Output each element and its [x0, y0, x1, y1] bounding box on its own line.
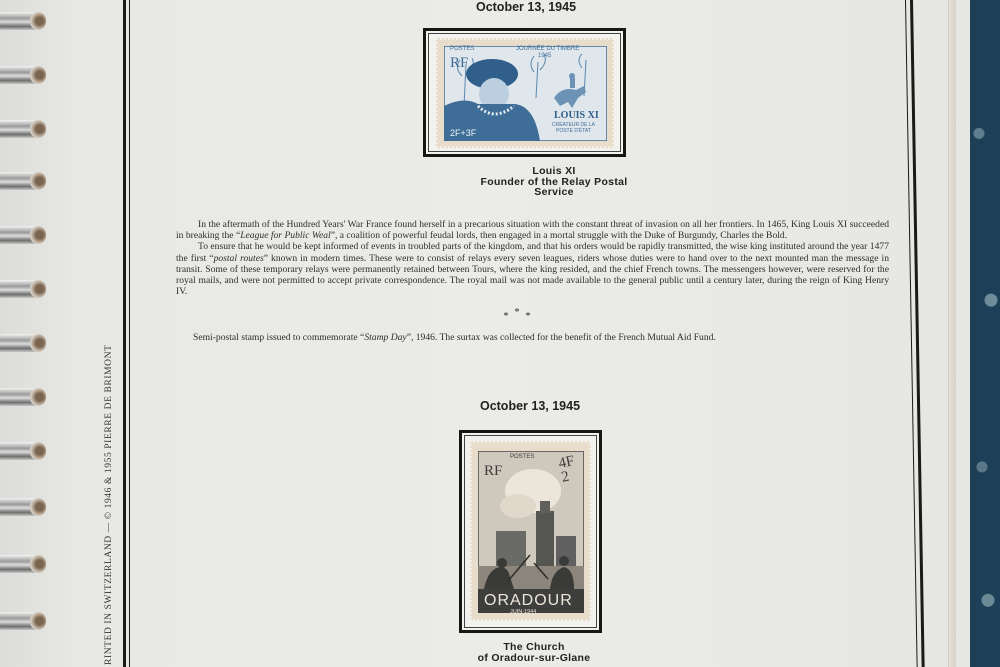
binding-ring: [0, 612, 46, 630]
binding-ring: [0, 172, 46, 190]
stamp-postes-label: POSTES: [510, 454, 534, 460]
binding-ring: [0, 12, 46, 30]
page-edge: [948, 0, 956, 667]
frame-border-left: [123, 0, 126, 667]
binding-ring: [0, 226, 46, 244]
history-text: In the aftermath of the Hundred Years' W…: [176, 219, 889, 297]
history-paragraph-1: In the aftermath of the Hundred Years' W…: [176, 219, 889, 241]
issue-note: Semi-postal stamp issued to commemorate …: [193, 332, 843, 343]
stamp-country-mark: RF: [450, 55, 468, 72]
entry-date: October 13, 1945: [376, 0, 676, 14]
stamp-country-mark: RF: [484, 463, 502, 480]
caption-line: Louis XI: [404, 166, 704, 177]
stamp-louis-xi[interactable]: POSTES RF JOURNÉE DU TIMBRE 1945 LOUIS X…: [436, 38, 614, 148]
binding-ring: [0, 334, 46, 352]
stamp-year: 1945: [538, 53, 551, 59]
stamp-subject: LOUIS XI: [554, 110, 599, 121]
history-paragraph-2: To ensure that he would be kept informed…: [176, 241, 889, 297]
frame-border-left-inner: [129, 0, 130, 667]
stamp-date-label: JUIN-1944: [510, 609, 536, 615]
section-separator: ***: [500, 311, 540, 322]
binding-ring: [0, 280, 46, 298]
binding-ring: [0, 120, 46, 138]
stamp-oradour[interactable]: POSTES RF 4F 2 ORADOUR JUIN-1944: [470, 441, 591, 621]
binding-ring: [0, 388, 46, 406]
stamp-mount: POSTES RF 4F 2 ORADOUR JUIN-1944: [459, 430, 602, 633]
caption-line: The Church: [384, 642, 684, 653]
stamp-subject: ORADOUR: [484, 592, 573, 610]
binding-ring: [0, 442, 46, 460]
binding-ring: [0, 66, 46, 84]
binding-ring: [0, 555, 46, 573]
stamp-mount: POSTES RF JOURNÉE DU TIMBRE 1945 LOUIS X…: [423, 28, 626, 157]
backdrop-cloth: [970, 0, 1000, 667]
stamp-subtitle-2: POSTE D'ÉTAT: [556, 128, 591, 134]
binding-ring: [0, 498, 46, 516]
stamp-event-label: JOURNÉE DU TIMBRE: [516, 46, 579, 52]
entry-date: October 13, 1945: [380, 399, 680, 413]
stamp-caption: The Church of Oradour-sur-Glane: [384, 642, 684, 663]
caption-line: of Oradour-sur-Glane: [384, 653, 684, 664]
stamp-denomination: 2F+3F: [450, 128, 476, 138]
stamp-caption: Louis XI Founder of the Relay Postal Ser…: [404, 166, 704, 198]
copyright-imprint: RINTED IN SWITZERLAND — © 1946 & 1955 PI…: [104, 345, 114, 665]
stamp-postes-label: POSTES: [450, 46, 474, 52]
caption-line: Service: [404, 187, 704, 198]
